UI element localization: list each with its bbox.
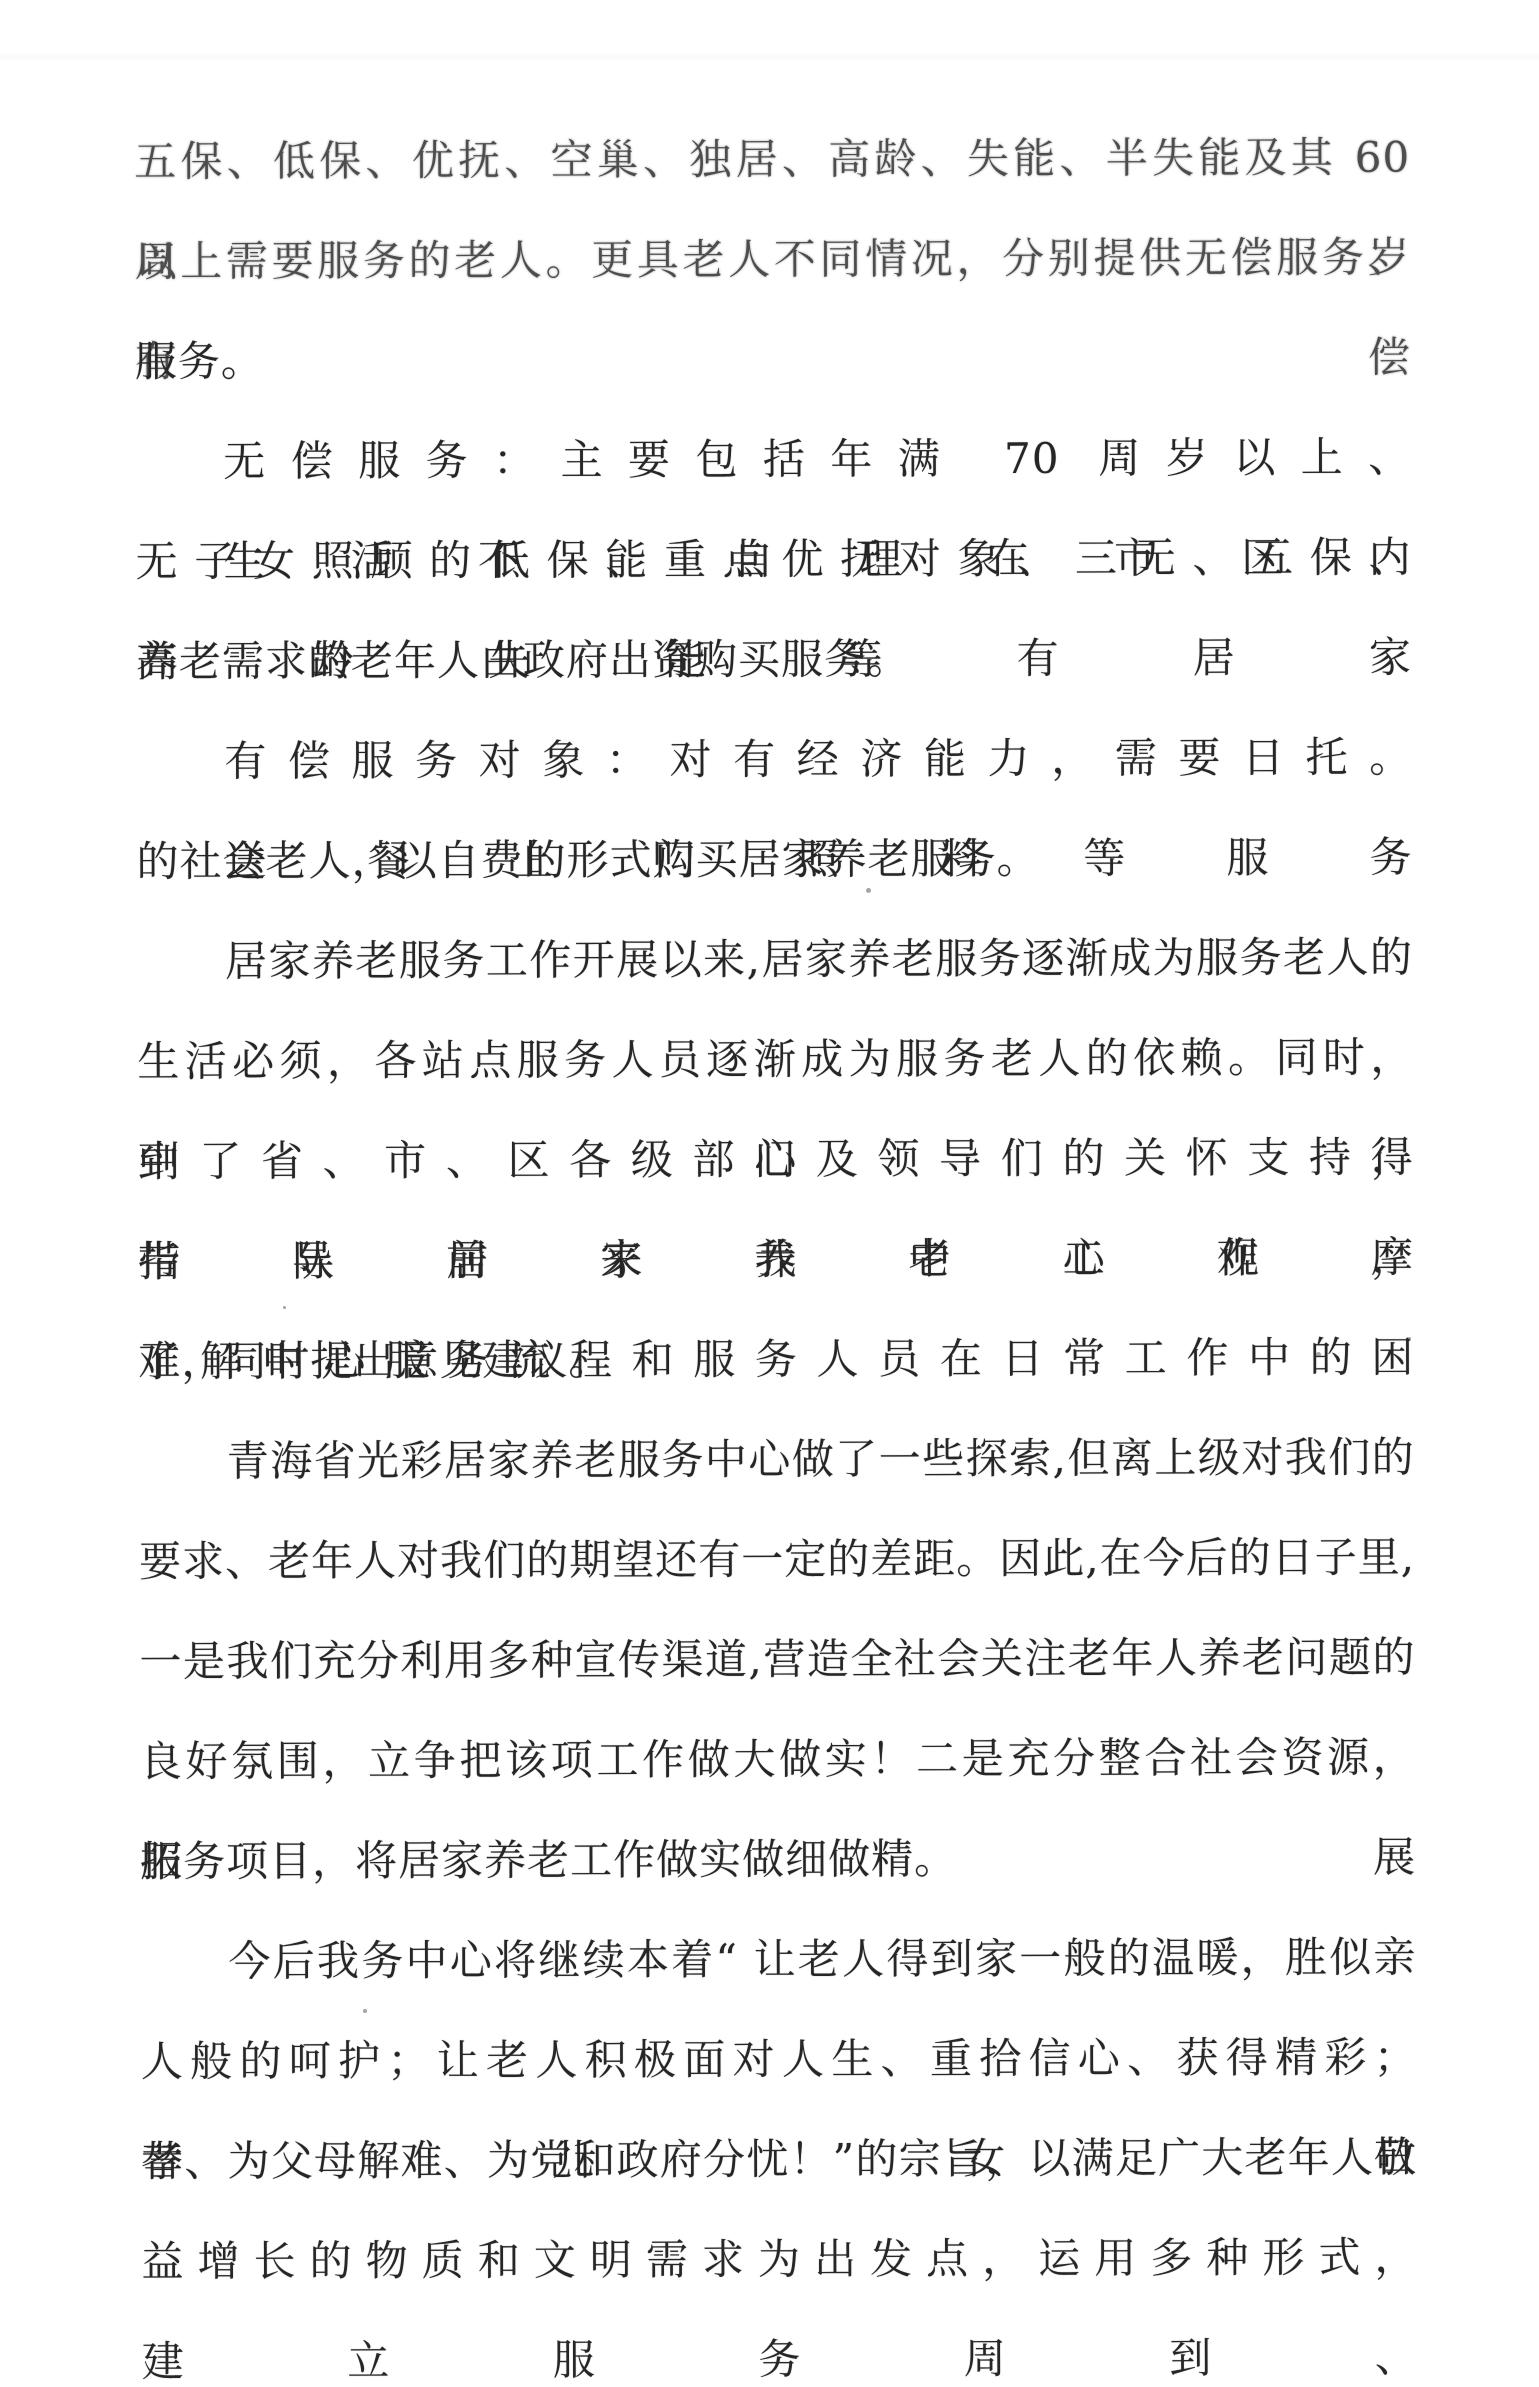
scan-speck	[1316, 1352, 1321, 1357]
text-line: 有偿服务对象：对有经济能力，需要日托。送餐上门照料等服务	[136, 708, 1412, 812]
document-body: 五保、低保、优抚、空巢、独居、高龄、失能、半失能及其 60 周岁以上需要服务的老…	[134, 108, 1418, 2312]
text-line: 要求、老年人对我们的期望还有一定的差距。因此,在今后的日子里,	[139, 1508, 1415, 1612]
scanned-document-page: 五保、低保、优抚、空巢、独居、高龄、失能、半失能及其 60 周岁以上需要服务的老…	[0, 0, 1539, 2387]
scan-speck	[1408, 1337, 1411, 1340]
text-line: 无偿服务：主要包括年满 70 周岁以上、生活不能自理在市区内	[135, 408, 1411, 512]
text-line: 孝、为父母解难、为党和政府分忧！”的宗旨，以满足广大老年人日	[141, 2108, 1417, 2212]
text-line: 人般的呵护；让老人积极面对人生、重拾信心、获得精彩；替儿女敬	[141, 2008, 1417, 2112]
scan-speck	[866, 888, 871, 893]
text-line: 益增长的物质和文明需求为出发点，运用多种形式，建立服务周到、	[141, 2208, 1417, 2312]
text-line: 五保、低保、优抚、空巢、独居、高龄、失能、半失能及其 60 周岁	[134, 108, 1410, 212]
text-line: 以上需要服务的老人。更具老人不同情况，分别提供无偿服务、有偿	[134, 208, 1410, 312]
text-line: 无子女照顾的低保、重点优抚对象、三无、五保、高龄失能等有居家	[135, 508, 1411, 612]
scan-speck	[363, 2009, 367, 2013]
scan-streak	[0, 52, 1539, 62]
text-line: 良好氛围，立争把该项工作做大做实！二是充分整合社会资源，拓展	[140, 1708, 1416, 1812]
text-line: 指导居家养老工作，了解中心服务流程和服务人员在日常工作中的困	[138, 1208, 1414, 1312]
text-line: 今后我务中心将继续本着“ 让老人得到家一般的温暖，胜似亲	[140, 1908, 1416, 2012]
text-line: 一是我们充分利用多种宣传渠道,营造全社会关注老年人养老问题的	[139, 1608, 1415, 1712]
text-line: 青海省光彩居家养老服务中心做了一些探索,但离上级对我们的	[139, 1408, 1415, 1512]
scan-speck	[1229, 1246, 1233, 1250]
text-line: 居家养老服务工作开展以来,居家养老服务逐渐成为服务老人的	[137, 908, 1413, 1012]
scan-speck	[283, 1306, 286, 1309]
text-line: 到了省、市、区各级部门及领导们的关怀支持，带队前来我中心观摩	[137, 1108, 1413, 1212]
text-line: 生活必须，各站点服务人员逐渐成为服务老人的依赖。同时，中心得	[137, 1008, 1413, 1112]
